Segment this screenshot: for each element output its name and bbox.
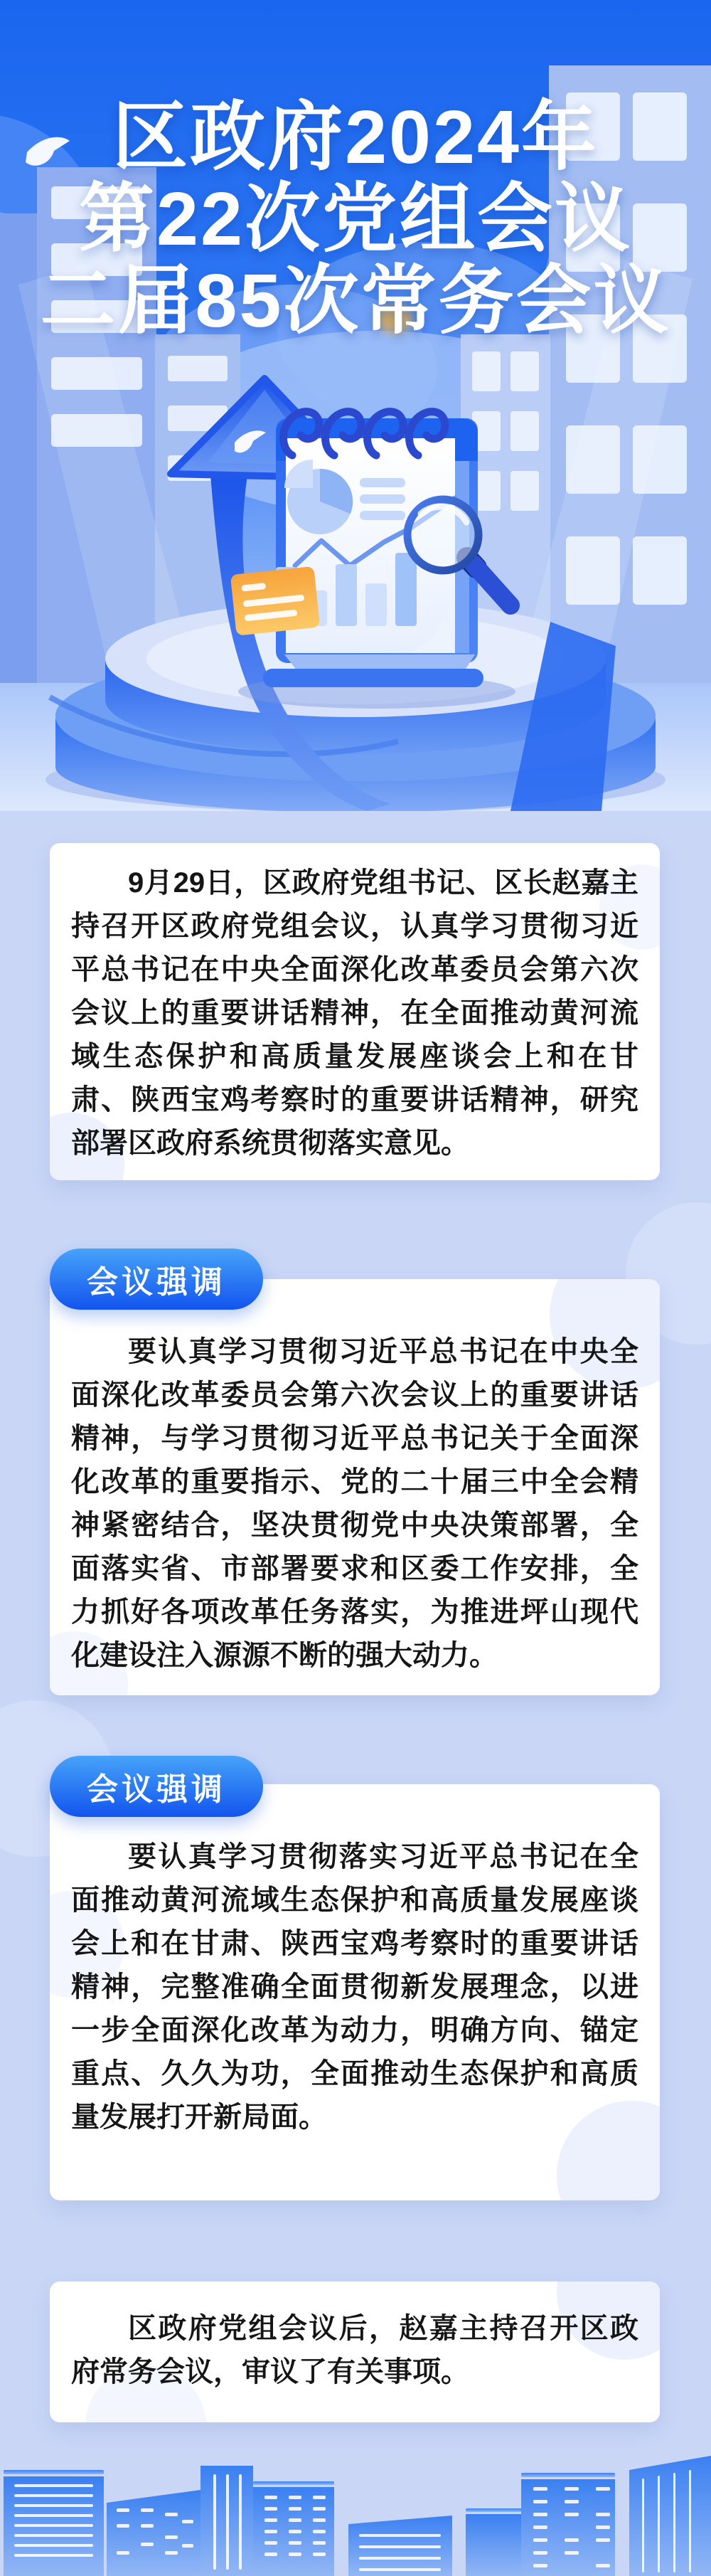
title-line-3: 二届85次常务会议 <box>0 260 711 342</box>
emphasis-paragraph-1: 要认真学习贯彻习近平总书记在中央全面深化改革委员会第六次会议上的重要讲话精神，与… <box>71 1330 638 1677</box>
skyline-buildings <box>4 2456 711 2576</box>
emphasis-card-1: 要认真学习贯彻习近平总书记在中央全面深化改革委员会第六次会议上的重要讲话精神，与… <box>50 1279 660 1695</box>
title-line-1: 区政府2024年 <box>0 97 711 179</box>
city-skyline-footer <box>0 2437 711 2576</box>
orange-note-icon <box>230 566 320 636</box>
page-root: 区政府2024年 第22次党组会议 二届85次常务会议 9月29日，区政府党组书… <box>0 0 711 2576</box>
emphasis-badge-2: 会议强调 <box>50 1756 263 1817</box>
title-line-2: 第22次党组会议 <box>0 179 711 260</box>
text-lines-icon <box>360 478 405 520</box>
emphasis-badge-1: 会议强调 <box>50 1249 263 1310</box>
closing-card: 区政府党组会议后，赵嘉主持召开区政府常务会议，审议了有关事项。 <box>50 2281 660 2422</box>
skyline-svg <box>0 2437 711 2576</box>
meeting-intro-card: 9月29日，区政府党组书记、区长赵嘉主持召开区政府党组会议，认真学习贯彻习近平总… <box>50 843 660 1180</box>
poster-title: 区政府2024年 第22次党组会议 二届85次常务会议 <box>0 97 711 342</box>
emphasis-card-2: 要认真学习贯彻落实习近平总书记在全面推动黄河流域生态保护和高质量发展座谈会上和在… <box>50 1784 660 2200</box>
closing-paragraph: 区政府党组会议后，赵嘉主持召开区政府常务会议，审议了有关事项。 <box>71 2307 638 2394</box>
intro-paragraph: 9月29日，区政府党组书记、区长赵嘉主持召开区政府党组会议，认真学习贯彻习近平总… <box>71 862 638 1165</box>
emphasis-paragraph-2: 要认真学习贯彻落实习近平总书记在全面推动黄河流域生态保护和高质量发展座谈会上和在… <box>71 1835 638 2139</box>
